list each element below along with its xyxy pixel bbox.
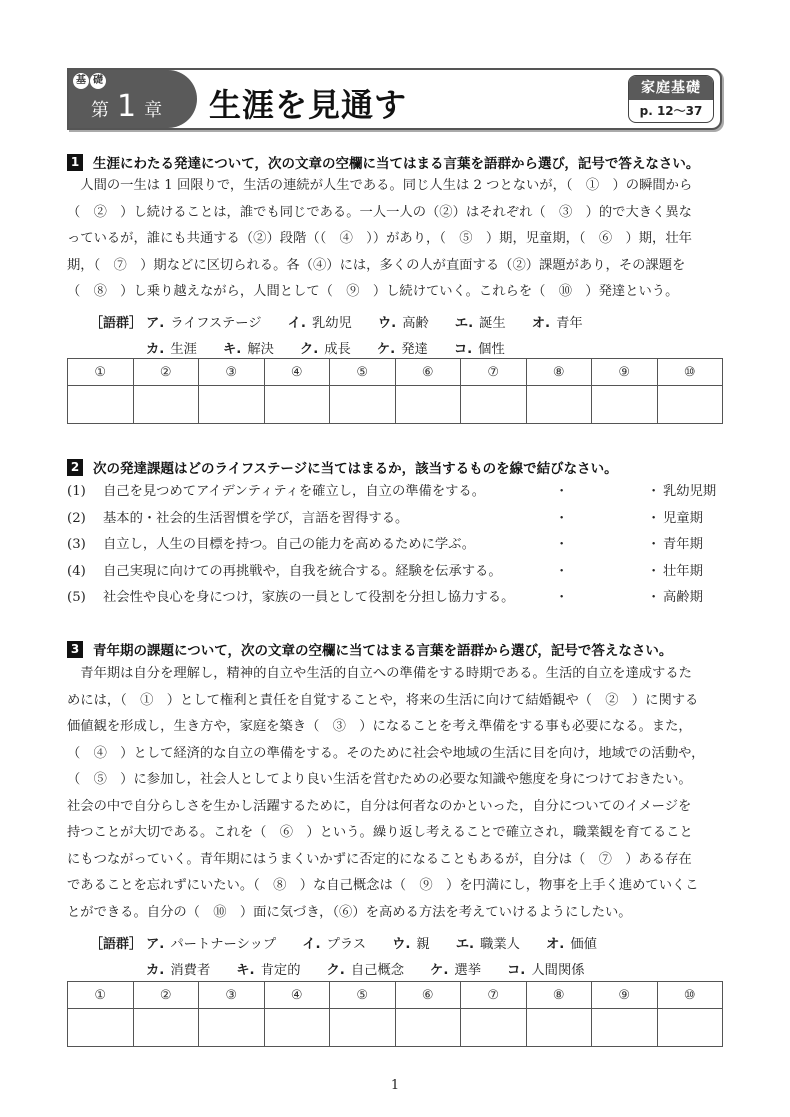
task-text: 社会性や良心を身につけ，家族の一員として役割を分担し協力する。 [103, 585, 514, 612]
word-choice: ケ.選挙 [430, 959, 481, 978]
matching-row: (3) 自立し，人生の目標を持つ。自己の能力を高めるために学ぶ。 ・ ・ 青年期 [67, 532, 727, 559]
word-bank-label: ［語群］ [90, 312, 146, 331]
answer-header: ⑧ [526, 359, 592, 386]
passage-line: （ ⑤ ）に参加し，社会人としてより良い生活を営むための必要な知識や態度を身につ… [67, 767, 727, 794]
answer-input-row [68, 386, 723, 424]
answer-header: ③ [199, 359, 265, 386]
answer-cell[interactable] [657, 1009, 723, 1047]
matching-row: (2) 基本的・社会的生活習慣を学び，言語を習得する。 ・ ・ 児童期 [67, 506, 727, 533]
answer-cell[interactable] [330, 386, 396, 424]
answer-cell[interactable] [526, 1009, 592, 1047]
chapter-prefix: 第 [91, 96, 109, 122]
question-instruction: 生涯にわたる発達について，次の文章の空欄に当てはまる言葉を語群から選び，記号で答… [93, 152, 699, 172]
left-dot[interactable]: ・ [555, 532, 568, 559]
word-choice: エ.誕生 [455, 312, 506, 331]
word-choice: オ.価値 [546, 933, 597, 952]
life-stage-label: 児童期 [663, 506, 703, 533]
passage-line: 青年期は自分を理解し，精神的自立や生活的自立への準備をする時期である。生活的自立… [67, 661, 727, 688]
answer-cell[interactable] [199, 1009, 265, 1047]
page-number: 1 [0, 1078, 790, 1093]
answer-header: ① [68, 359, 134, 386]
left-dot[interactable]: ・ [555, 506, 568, 533]
answer-cell[interactable] [330, 1009, 396, 1047]
kiso-badge: 基 礎 [73, 73, 106, 89]
word-choice: ク.成長 [300, 338, 351, 357]
answer-header: ⑨ [592, 359, 658, 386]
answer-header: ⑦ [461, 359, 527, 386]
passage-line: 価値観を形成し，生き方や，家庭を築き（ ③ ）になることを考え準備をする事も必要… [67, 714, 727, 741]
answer-header: ④ [264, 982, 330, 1009]
answer-input-row [68, 1009, 723, 1047]
word-choice: エ.職業人 [456, 933, 520, 952]
answer-cell[interactable] [657, 386, 723, 424]
right-dot[interactable]: ・ [647, 532, 660, 559]
task-text: 自立し，人生の目標を持つ。自己の能力を高めるために学ぶ。 [103, 532, 475, 559]
badge-char: 基 [73, 73, 89, 89]
chapter-block: 基 礎 第 1 章 [69, 70, 197, 128]
right-dot[interactable]: ・ [647, 506, 660, 533]
passage-line: 人間の一生は 1 回限りで，生活の連続が人生である。同じ人生は 2 つとないが，… [67, 173, 727, 200]
word-choice: ケ.発達 [377, 338, 428, 357]
page-range: p. 12〜37 [629, 100, 713, 122]
word-choice: ウ.高齢 [378, 312, 429, 331]
word-choice: ク.自己概念 [327, 959, 405, 978]
left-dot[interactable]: ・ [555, 479, 568, 506]
left-dot[interactable]: ・ [555, 585, 568, 612]
word-bank-row: ［語群］ ア.ライフステージ イ.乳幼児 ウ.高齢 エ.誕生 オ.青年 [90, 308, 609, 334]
answer-cell[interactable] [133, 386, 199, 424]
passage-line: 期，（ ⑦ ）期などに区切られる。各（④）には，多くの人が直面する（②）課題があ… [67, 253, 727, 280]
life-stage-label: 青年期 [663, 532, 703, 559]
word-bank-label: ［語群］ [90, 933, 146, 952]
question-3-heading: 3 青年期の課題について，次の文章の空欄に当てはまる言葉を語群から選び，記号で答… [67, 639, 672, 659]
answer-header: ⑤ [330, 982, 396, 1009]
left-dot[interactable]: ・ [555, 559, 568, 586]
answer-header: ⑨ [592, 982, 658, 1009]
right-dot[interactable]: ・ [647, 479, 660, 506]
answer-header: ⑩ [657, 982, 723, 1009]
passage-line: 持つことが大切である。これを（ ⑥ ）という。繰り返し考えることで確立され，職業… [67, 820, 727, 847]
answer-cell[interactable] [592, 386, 658, 424]
chapter-banner: 基 礎 第 1 章 生涯を見通す 家庭基礎 p. 12〜37 [67, 68, 722, 130]
answer-cell[interactable] [461, 386, 527, 424]
question-2-matching: (1) 自己を見つめてアイデンティティを確立し，自立の準備をする。 ・ ・ 乳幼… [67, 479, 727, 612]
question-number-badge: 3 [67, 641, 83, 658]
question-3-passage: 青年期は自分を理解し，精神的自立や生活的自立への準備をする時期である。生活的自立… [67, 661, 727, 926]
item-index: (1) [67, 479, 86, 506]
word-choice: ウ.親 [392, 933, 430, 952]
answer-header: ① [68, 982, 134, 1009]
chapter-number: 1 [117, 92, 136, 122]
answer-header-row: ① ② ③ ④ ⑤ ⑥ ⑦ ⑧ ⑨ ⑩ [68, 359, 723, 386]
word-choice: カ.生涯 [146, 338, 197, 357]
item-index: (4) [67, 559, 86, 586]
word-choice: カ.消費者 [146, 959, 210, 978]
answer-cell[interactable] [264, 1009, 330, 1047]
answer-header: ③ [199, 982, 265, 1009]
passage-line: にもつながっていく。青年期にはうまくいかずに否定的になることもあるが，自分は（ … [67, 847, 727, 874]
answer-cell[interactable] [395, 1009, 461, 1047]
chapter-label: 第 1 章 [91, 92, 162, 122]
answer-cell[interactable] [526, 386, 592, 424]
question-1-word-bank: ［語群］ ア.ライフステージ イ.乳幼児 ウ.高齢 エ.誕生 オ.青年 カ.生涯… [90, 308, 609, 360]
question-1-answer-table: ① ② ③ ④ ⑤ ⑥ ⑦ ⑧ ⑨ ⑩ [67, 358, 723, 424]
word-bank-row: カ.生涯 キ.解決 ク.成長 ケ.発達 コ.個性 [90, 334, 609, 360]
answer-cell[interactable] [68, 386, 134, 424]
answer-cell[interactable] [592, 1009, 658, 1047]
answer-header: ⑩ [657, 359, 723, 386]
question-3-word-bank: ［語群］ ア.パートナーシップ イ.プラス ウ.親 エ.職業人 オ.価値 カ.消… [90, 929, 623, 981]
page-title: 生涯を見通す [209, 80, 407, 126]
life-stage-label: 壮年期 [663, 559, 703, 586]
word-choice: ア.パートナーシップ [146, 933, 276, 952]
passage-line: とができる。自分の（ ⑩ ）面に気づき，（⑥）を高める方法を考えていけるようにし… [67, 900, 727, 927]
passage-line: であることを忘れずにいたい。（ ⑧ ）な自己概念は（ ⑨ ）を円満にし，物事を上… [67, 873, 727, 900]
question-number-badge: 2 [67, 459, 83, 476]
answer-header-row: ① ② ③ ④ ⑤ ⑥ ⑦ ⑧ ⑨ ⑩ [68, 982, 723, 1009]
question-2-heading: 2 次の発達課題はどのライフステージに当てはまるか，該当するものを線で結びなさい… [67, 457, 618, 477]
item-index: (2) [67, 506, 86, 533]
word-choice: キ.解決 [223, 338, 274, 357]
answer-header: ④ [264, 359, 330, 386]
right-dot[interactable]: ・ [647, 559, 660, 586]
word-bank-row: カ.消費者 キ.肯定的 ク.自己概念 ケ.選挙 コ.人間関係 [90, 955, 623, 981]
question-1-heading: 1 生涯にわたる発達について，次の文章の空欄に当てはまる言葉を語群から選び，記号… [67, 152, 699, 172]
question-3-answer-table: ① ② ③ ④ ⑤ ⑥ ⑦ ⑧ ⑨ ⑩ [67, 981, 723, 1047]
answer-cell[interactable] [264, 386, 330, 424]
worksheet-page: 基 礎 第 1 章 生涯を見通す 家庭基礎 p. 12〜37 1 生涯にわたる発… [0, 0, 790, 1117]
task-text: 自己実現に向けての再挑戦や，自我を統合する。経験を伝承する。 [103, 559, 502, 586]
answer-cell[interactable] [68, 1009, 134, 1047]
word-choice: イ.乳幼児 [288, 312, 352, 331]
task-text: 基本的・社会的生活習慣を学び，言語を習得する。 [103, 506, 408, 533]
word-choice: キ.肯定的 [236, 959, 300, 978]
word-choice: オ.青年 [532, 312, 583, 331]
passage-line: （ ② ）し続けることは，誰でも同じである。一人一人の（②）はそれぞれ（ ③ ）… [67, 200, 727, 227]
word-choice: コ.人間関係 [507, 959, 585, 978]
word-choice: イ.プラス [302, 933, 366, 952]
item-index: (5) [67, 585, 86, 612]
matching-row: (1) 自己を見つめてアイデンティティを確立し，自立の準備をする。 ・ ・ 乳幼… [67, 479, 727, 506]
answer-header: ⑧ [526, 982, 592, 1009]
answer-header: ⑤ [330, 359, 396, 386]
matching-row: (5) 社会性や良心を身につけ，家族の一員として役割を分担し協力する。 ・ ・ … [67, 585, 727, 612]
chapter-suffix: 章 [144, 96, 162, 122]
question-number-badge: 1 [67, 154, 83, 171]
task-text: 自己を見つめてアイデンティティを確立し，自立の準備をする。 [103, 479, 485, 506]
question-instruction: 次の発達課題はどのライフステージに当てはまるか，該当するものを線で結びなさい。 [93, 457, 618, 477]
answer-cell[interactable] [133, 1009, 199, 1047]
word-choice: コ.個性 [454, 338, 505, 357]
word-bank-row: ［語群］ ア.パートナーシップ イ.プラス ウ.親 エ.職業人 オ.価値 [90, 929, 623, 955]
subject-label: 家庭基礎 [629, 76, 713, 100]
life-stage-label: 高齢期 [663, 585, 703, 612]
passage-line: （ ④ ）として経済的な自立の準備をする。そのために社会や地域の生活に目を向け，… [67, 741, 727, 768]
passage-line: めには，（ ① ）として権利と責任を自覚することや，将来の生活に向けて結婚観や（… [67, 688, 727, 715]
matching-row: (4) 自己実現に向けての再挑戦や，自我を統合する。経験を伝承する。 ・ ・ 壮… [67, 559, 727, 586]
answer-header: ② [133, 359, 199, 386]
word-choice: ア.ライフステージ [146, 312, 262, 331]
item-index: (3) [67, 532, 86, 559]
passage-line: （ ⑧ ）し乗り越えながら，人間として（ ⑨ ）し続けていく。これらを（ ⑩ ）… [67, 279, 727, 306]
answer-header: ② [133, 982, 199, 1009]
answer-cell[interactable] [199, 386, 265, 424]
answer-header: ⑥ [395, 359, 461, 386]
answer-header: ⑥ [395, 982, 461, 1009]
question-instruction: 青年期の課題について，次の文章の空欄に当てはまる言葉を語群から選び，記号で答えな… [93, 639, 672, 659]
right-dot[interactable]: ・ [647, 585, 660, 612]
answer-header: ⑦ [461, 982, 527, 1009]
badge-char: 礎 [90, 73, 106, 89]
question-1-passage: 人間の一生は 1 回限りで，生活の連続が人生である。同じ人生は 2 つとないが，… [67, 173, 727, 306]
life-stage-label: 乳幼児期 [663, 479, 716, 506]
passage-line: っているが，誰にも共通する（②）段階（（ ④ ））があり，（ ⑤ ）期，児童期，… [67, 226, 727, 253]
answer-cell[interactable] [461, 1009, 527, 1047]
answer-cell[interactable] [395, 386, 461, 424]
textbook-reference: 家庭基礎 p. 12〜37 [628, 75, 714, 123]
passage-line: 社会の中で自分らしさを生かし活躍するために，自分は何者なのかといった，自分につい… [67, 794, 727, 821]
